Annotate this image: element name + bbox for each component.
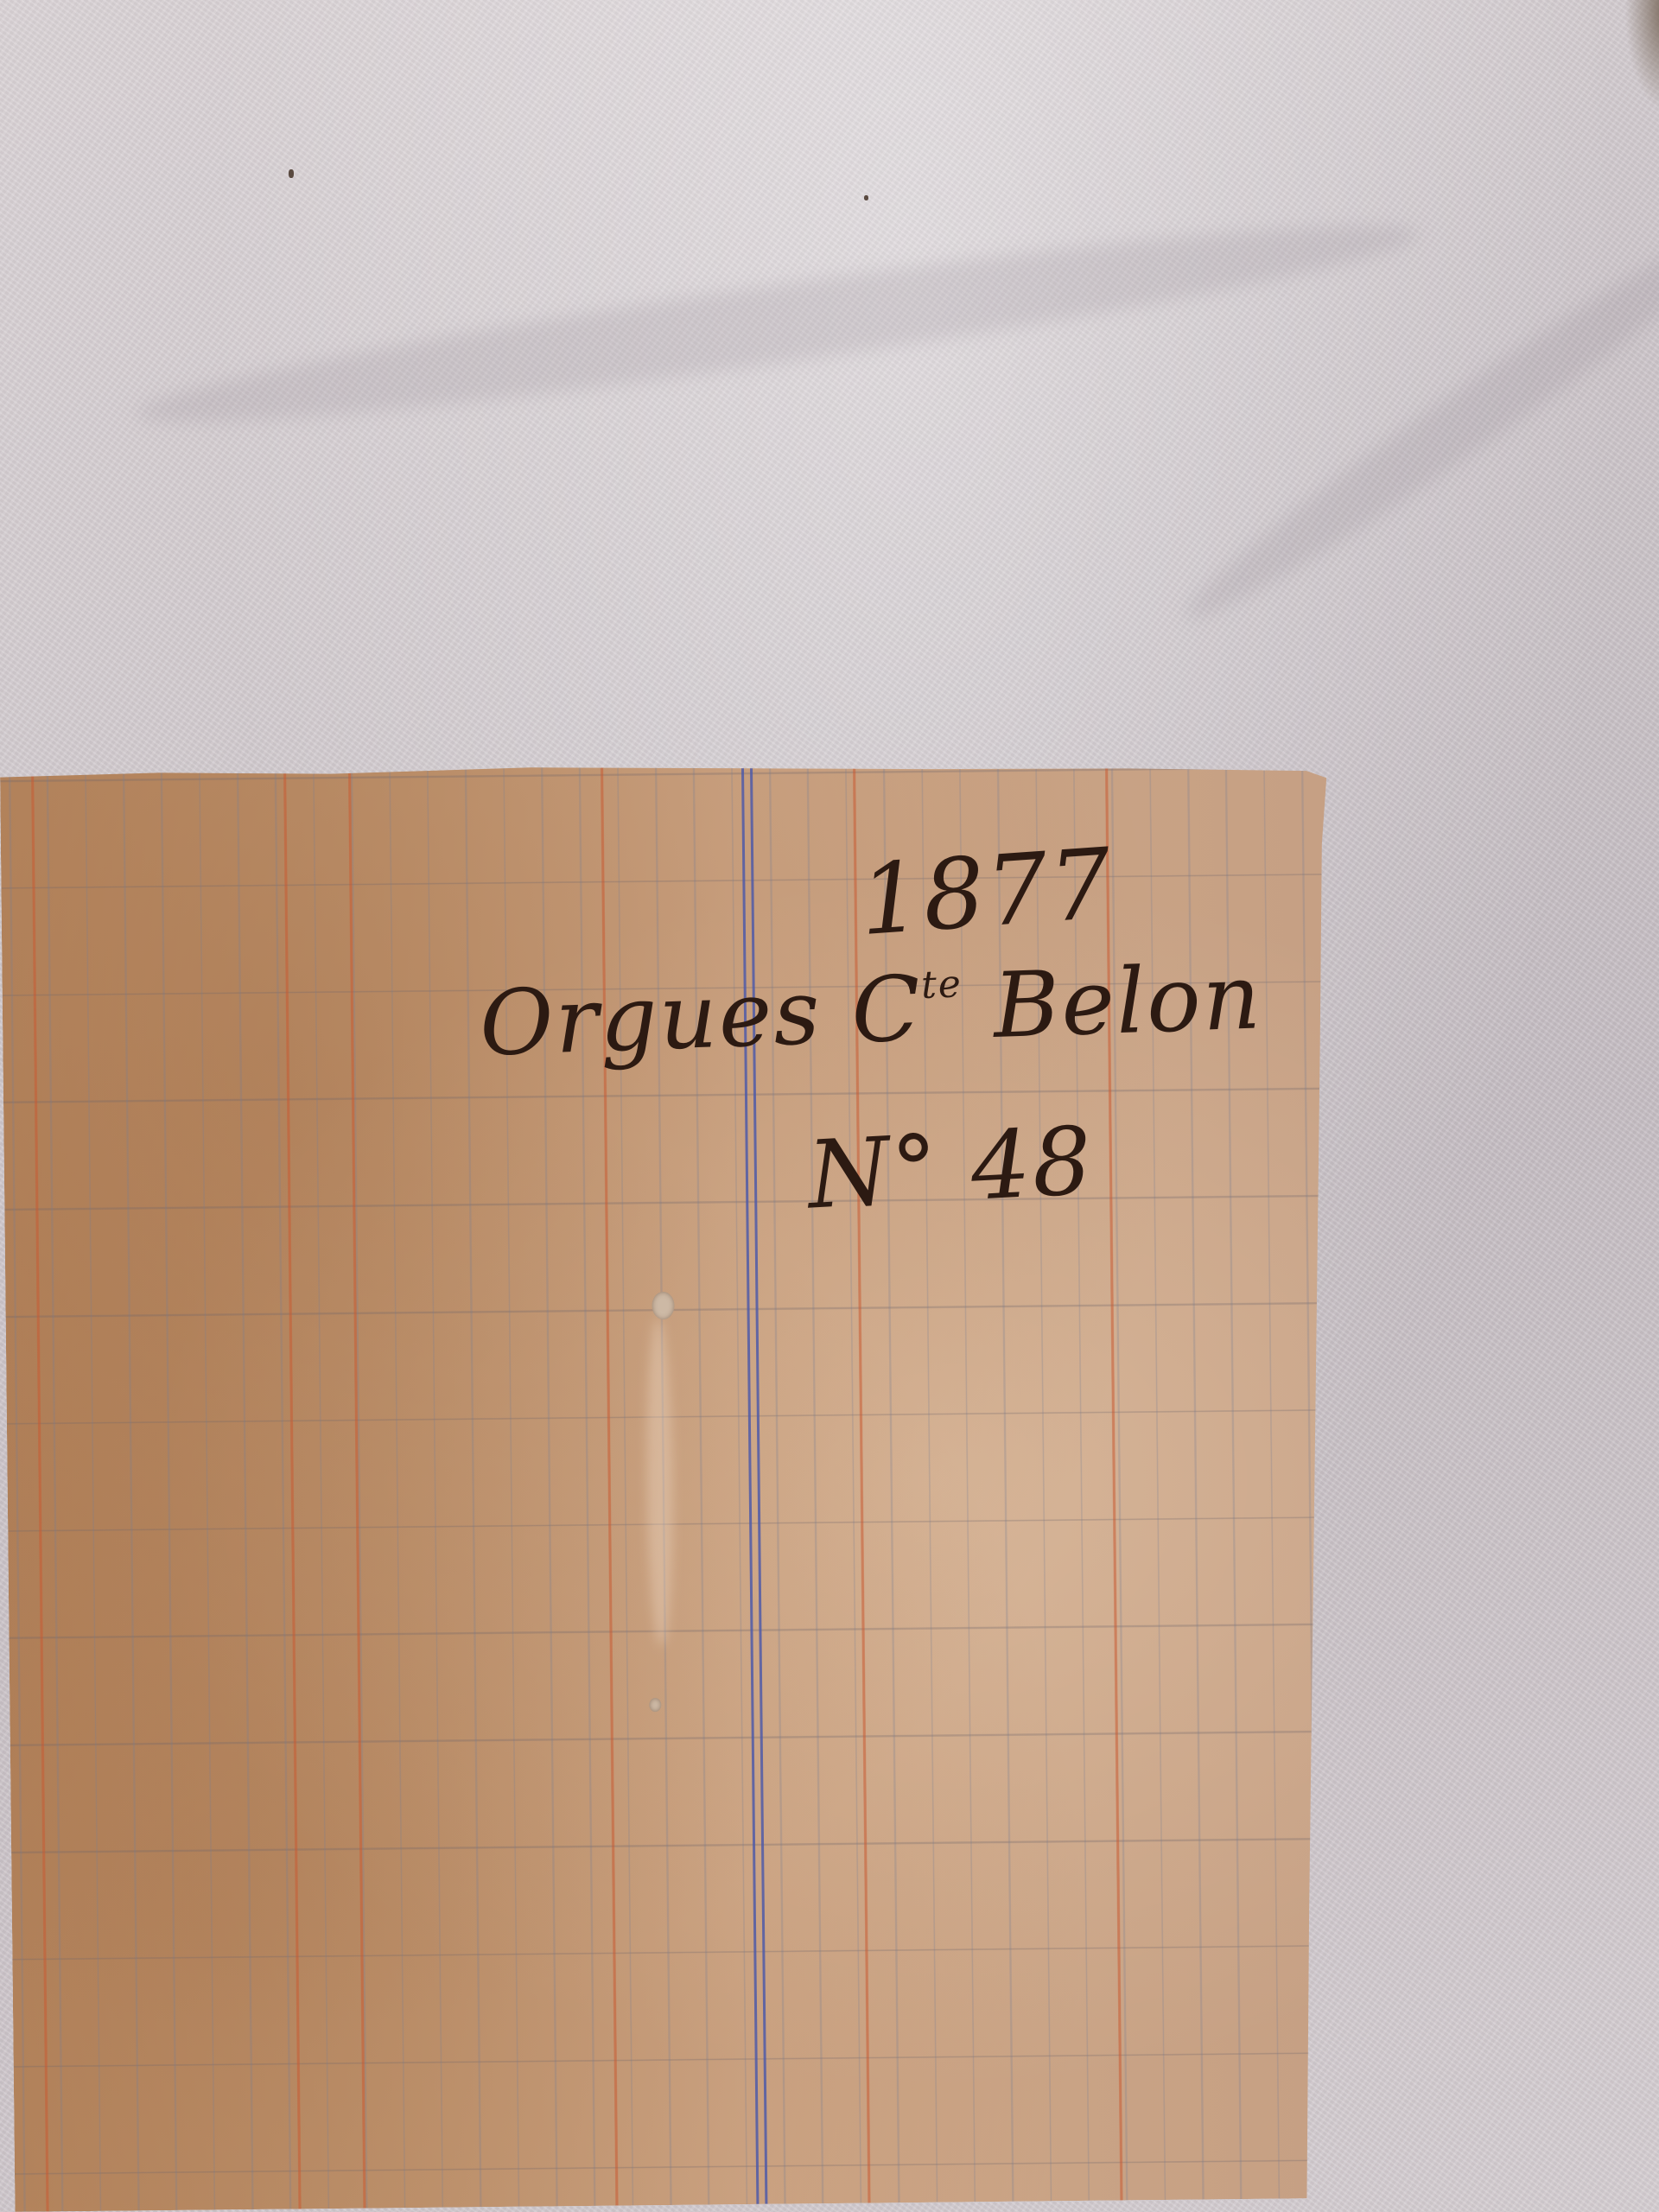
pin-hole — [649, 1698, 661, 1712]
dust-speck — [289, 169, 294, 178]
title-abbrev: Cte — [849, 954, 964, 1063]
object-shadow — [1624, 0, 1659, 112]
handwritten-year: 1877 — [856, 828, 1116, 957]
title-name: Belon — [992, 944, 1264, 1058]
number-label: N° — [805, 1116, 943, 1230]
number-value: 48 — [969, 1107, 1096, 1221]
dust-speck — [864, 195, 868, 200]
pin-hole — [652, 1292, 674, 1319]
handwritten-number: N° 48 — [805, 1107, 1096, 1230]
title-word: Orgues — [478, 959, 823, 1077]
